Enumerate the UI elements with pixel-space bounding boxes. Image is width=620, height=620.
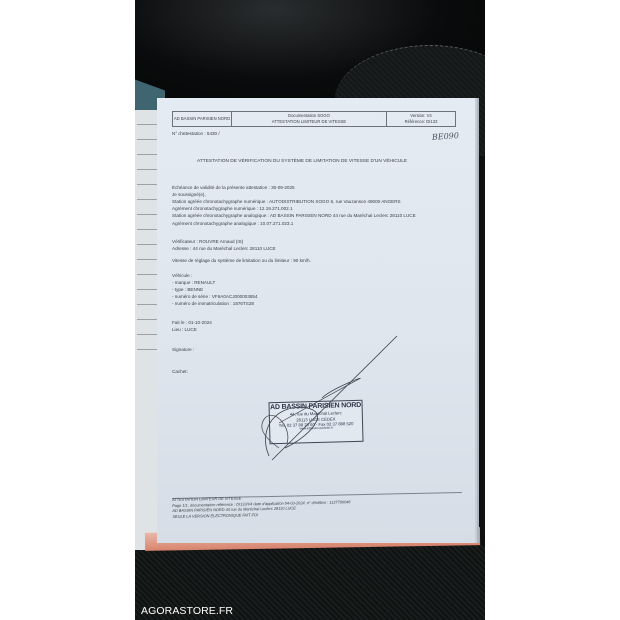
vehicle-type: - type : BENNE [172, 286, 258, 293]
company-stamp: AD BASSIN PARISIEN NORD 44, rue du Maréc… [268, 400, 363, 444]
photo: AD BASSIN PARISIEN NORD Documentation SO… [135, 0, 485, 620]
verifier-block: Vérificateur : ROUVRE Arnaud (IS) Adress… [172, 238, 276, 252]
header-doc: Documentation SOGO ATTESTATION LIMITEUR … [232, 112, 387, 126]
watermark: AGORASTORE.FR [141, 605, 233, 617]
handwritten-note: BE090 [432, 130, 460, 144]
analog-station: Station agréée chronotachygraphe analogi… [172, 212, 416, 219]
stamp-label: Cachet: [172, 368, 188, 375]
vehicle-label: Véhicule : [172, 272, 258, 279]
document-title: ATTESTATION DE VÉRIFICATION DU SYSTÈME D… [197, 158, 407, 165]
date: Fait le : 01-10-2024 [172, 319, 212, 326]
attestation-number: N° d'attestation : 5430 / [172, 130, 220, 137]
header-version: Version: V4 Référence: DI133 [387, 112, 455, 126]
digital-approval: Agrément chronotachygraphe numérique : 1… [172, 205, 416, 212]
speed-setting: Vitesse de réglage du système de limitat… [172, 257, 311, 264]
document-header-table: AD BASSIN PARISIEN NORD Documentation SO… [172, 111, 456, 127]
verifier-address: Adresse : 44 rue du Maréchal Leclerc 281… [172, 245, 276, 252]
place-date-block: Fait le : 01-10-2024 Lieu : LUCE [172, 319, 212, 333]
header-company: AD BASSIN PARISIEN NORD [173, 112, 232, 126]
verifier-name: Vérificateur : ROUVRE Arnaud (IS) [172, 238, 276, 245]
attestation-document: AD BASSIN PARISIEN NORD Documentation SO… [157, 98, 475, 543]
document-footer: ATTESTATION LIMITEUR DE VITESSE Page 1/1… [172, 493, 351, 519]
vehicle-serial: - numéro de série : VF6A0ACJ000003654 [172, 293, 258, 300]
vehicle-block: Véhicule : - marque : RENAULT - type : B… [172, 272, 258, 308]
signature-label: Signature : [172, 346, 194, 353]
digital-station: Station agréée chronotachygraphe numériq… [172, 198, 416, 205]
analog-approval: Agrément chronotachygraphe analogique : … [172, 220, 416, 227]
vehicle-make: - marque : RENAULT [172, 279, 258, 286]
undersigned: Je soussigné(e), [172, 191, 416, 198]
validity-block: Échéance de validité de la présente atte… [172, 184, 416, 227]
validity-date: Échéance de validité de la présente atte… [172, 184, 416, 191]
vehicle-registration: - numéro de immatriculation : 1876TS28 [172, 300, 258, 307]
place: Lieu : LUCE [172, 326, 212, 333]
